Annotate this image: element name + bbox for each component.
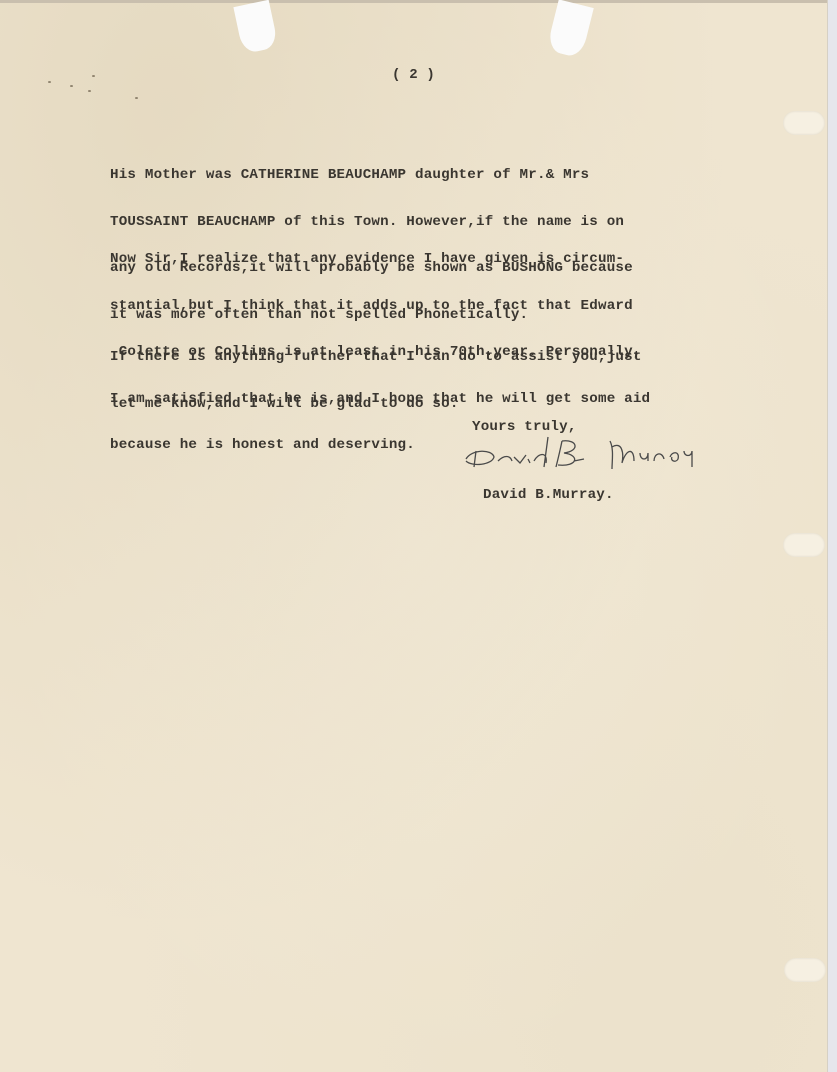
punch-hole-middle [783,533,825,557]
handwritten-signature [462,427,732,477]
scan-background-edge [827,0,837,1072]
text-line: let me know,and I will be glad to do so. [110,397,642,413]
text-line: Now Sir,I realize that any evidence I ha… [110,252,650,268]
text-line: stantial,but I think that it adds up to … [110,299,650,315]
text-line: If there is anything further that I can … [110,350,642,366]
letter-page: ( 2 ) His Mother was CATHERINE BEAUCHAMP… [0,0,828,1072]
page-number: ( 2 ) [392,67,435,83]
punch-hole-top [783,111,825,135]
text-line: His Mother was CATHERINE BEAUCHAMP daugh… [110,168,633,184]
punch-hole-bottom [784,958,826,982]
printed-signer-name: David B.Murray. [483,487,614,503]
torn-edge-right [546,0,594,59]
torn-edge-left [233,0,278,54]
